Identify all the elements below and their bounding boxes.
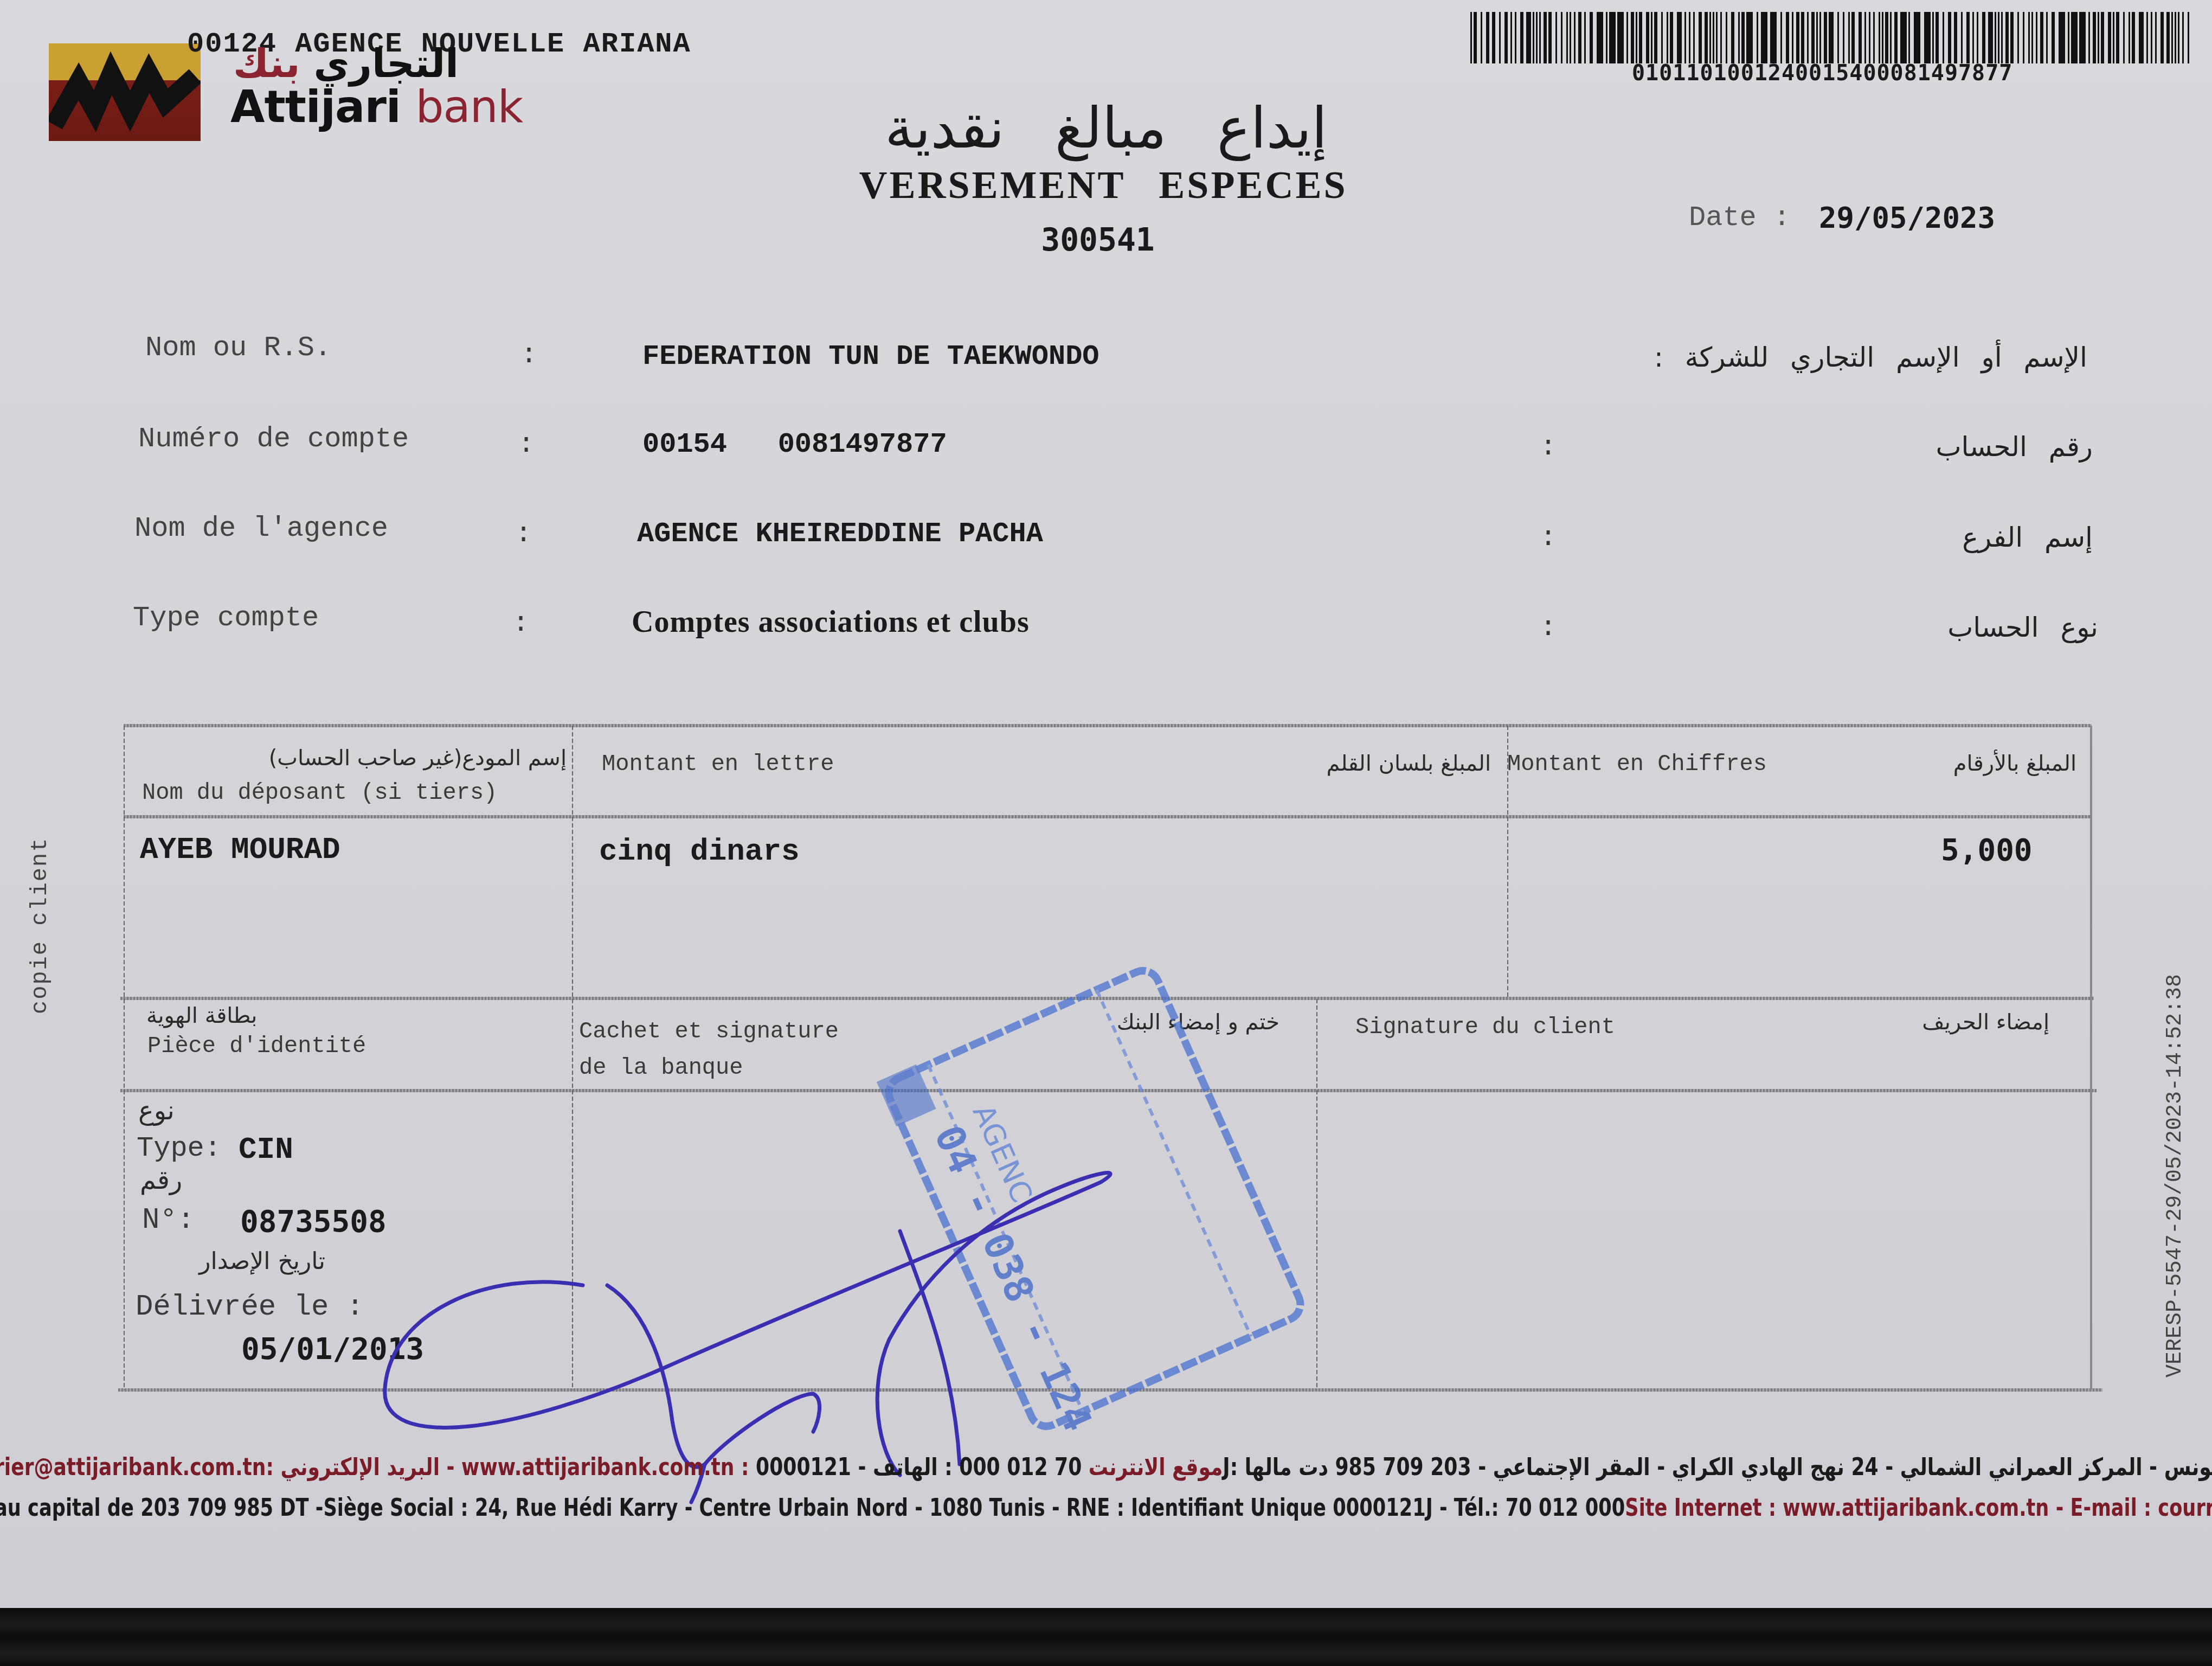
field-colon-ar: : [1540, 431, 1557, 463]
amount-words-header-fr: Montant en lettre [602, 751, 834, 777]
id-issue-label-ar: تاريخ الإصدار [119, 1247, 325, 1275]
date-value: 29/05/2023 [1819, 201, 1995, 235]
field-colon-ar: : [1540, 612, 1557, 644]
client-signature-header-ar: إمضاء الحريف [1843, 1010, 2049, 1035]
footer-line-french: au capital de 203 709 985 DT -Siège Soci… [0, 1494, 2212, 1522]
field-label-type: Type compte [133, 602, 319, 634]
receipt-number: 300541 [976, 221, 1220, 258]
field-colon-ar: : [1540, 522, 1557, 554]
amount-figures-header-ar: المبلغ بالأرقام [1832, 751, 2076, 776]
client-signature-header-fr: Signature du client [1355, 1014, 1615, 1040]
field-colon: : [520, 339, 537, 371]
footer-legal-ar: 70 012 000 : الهاتف - 0000121J: المعرّف … [756, 1453, 2212, 1481]
bank-name-ar-red: بنك [233, 41, 300, 86]
field-value-agency: AGENCE KHEIREDDINE PACHA [637, 518, 1043, 550]
barcode-number: 0101101001240015400081497877 [1632, 61, 2012, 86]
table-border-right [2090, 726, 2092, 1390]
footer-contact-red-fr: Site Internet : www.attijaribank.com.tn … [1625, 1494, 2212, 1522]
table-divider [124, 815, 2092, 818]
bank-name-ar-black: التجاري [314, 41, 459, 86]
field-label-name: Nom ou R.S. [145, 332, 331, 364]
amount-in-words: cinq dinars [599, 834, 800, 869]
field-label-account: Numéro de compte [138, 423, 409, 455]
depositor-header-ar: إسم المودع(غير صاحب الحساب) [130, 746, 567, 771]
id-type-value: CIN [239, 1132, 293, 1167]
table-border-top [124, 724, 2092, 727]
field-value-account: 00154 0081497877 [642, 428, 947, 460]
id-issue-label: Délivrée le : [136, 1291, 364, 1324]
id-header-ar: بطاقة الهوية [146, 1003, 257, 1028]
id-type-label-ar: نوع [138, 1095, 175, 1126]
table-border-left [124, 726, 125, 1390]
copy-label: copie client [27, 837, 53, 1014]
field-colon: : [512, 607, 529, 639]
barcode-icon [1470, 12, 2197, 63]
id-number-value: 08735508 [240, 1204, 387, 1239]
table-col-divider [1316, 999, 1317, 1389]
bank-name-latin: Attijari bank [230, 81, 523, 133]
title-arabic: إيداع مبالغ نقدية [759, 95, 1453, 161]
side-reference: VERESP-5547-29/05/2023-14:52:38 [2163, 974, 2188, 1377]
amount-words-header-ar: المبلغ بلسان القلم [1166, 751, 1491, 776]
id-number-label: N°: [142, 1204, 195, 1237]
bank-stamp-header-ar: ختم و إمضاء البنك [976, 1010, 1279, 1035]
amount-figures-header-fr: Montant en Chiffres [1507, 751, 1767, 777]
table-divider [120, 1089, 2097, 1092]
field-label-agency-ar: إسم الفرع [1789, 522, 2093, 553]
field-label-account-ar: رقم الحساب [1789, 431, 2093, 463]
bank-name-arabic: التجاري بنك [233, 41, 459, 86]
id-number-label-ar: رقم [140, 1165, 182, 1195]
dark-background-strip [0, 1608, 2212, 1666]
id-header-fr: Pièce d'identité [147, 1033, 366, 1059]
field-colon: : [515, 518, 532, 550]
title-french: VERSEMENT ESPECES [813, 163, 1393, 208]
field-label-type-ar: نوع الحساب [1789, 612, 2098, 643]
bank-stamp-header-fr: Cachet et signature [579, 1018, 839, 1045]
field-label-name-ar: الإسم أو الإسم التجاري للشركة : [1534, 342, 2087, 373]
bank-name-en-black: Attijari [230, 81, 401, 133]
date-label: Date : [1689, 202, 1790, 234]
footer-line-arabic: rier@attijaribank.com.tn: البريد الإلكتر… [0, 1453, 2212, 1481]
field-value-type: Comptes associations et clubs [632, 605, 1030, 639]
id-type-label: Type: [137, 1132, 221, 1164]
bank-stamp-header-fr-2: de la banque [579, 1055, 743, 1081]
id-issue-value: 05/01/2013 [241, 1331, 424, 1367]
table-border-bottom [118, 1388, 2102, 1392]
bank-name-en-red: bank [416, 81, 523, 133]
field-value-name: FEDERATION TUN DE TAEKWONDO [642, 341, 1099, 373]
depositor-header-fr: Nom du déposant (si tiers) [142, 780, 497, 806]
field-label-agency: Nom de l'agence [134, 512, 388, 544]
depositor-name: AYEB MOURAD [140, 832, 340, 867]
table-divider [120, 997, 2094, 1000]
amount-in-figures: 5,000 [1941, 832, 2033, 868]
table-col-divider [572, 726, 573, 1390]
attijari-logo-icon [49, 43, 201, 141]
field-colon: : [518, 428, 535, 460]
footer-legal-fr: au capital de 203 709 985 DT -Siège Soci… [0, 1494, 1625, 1522]
